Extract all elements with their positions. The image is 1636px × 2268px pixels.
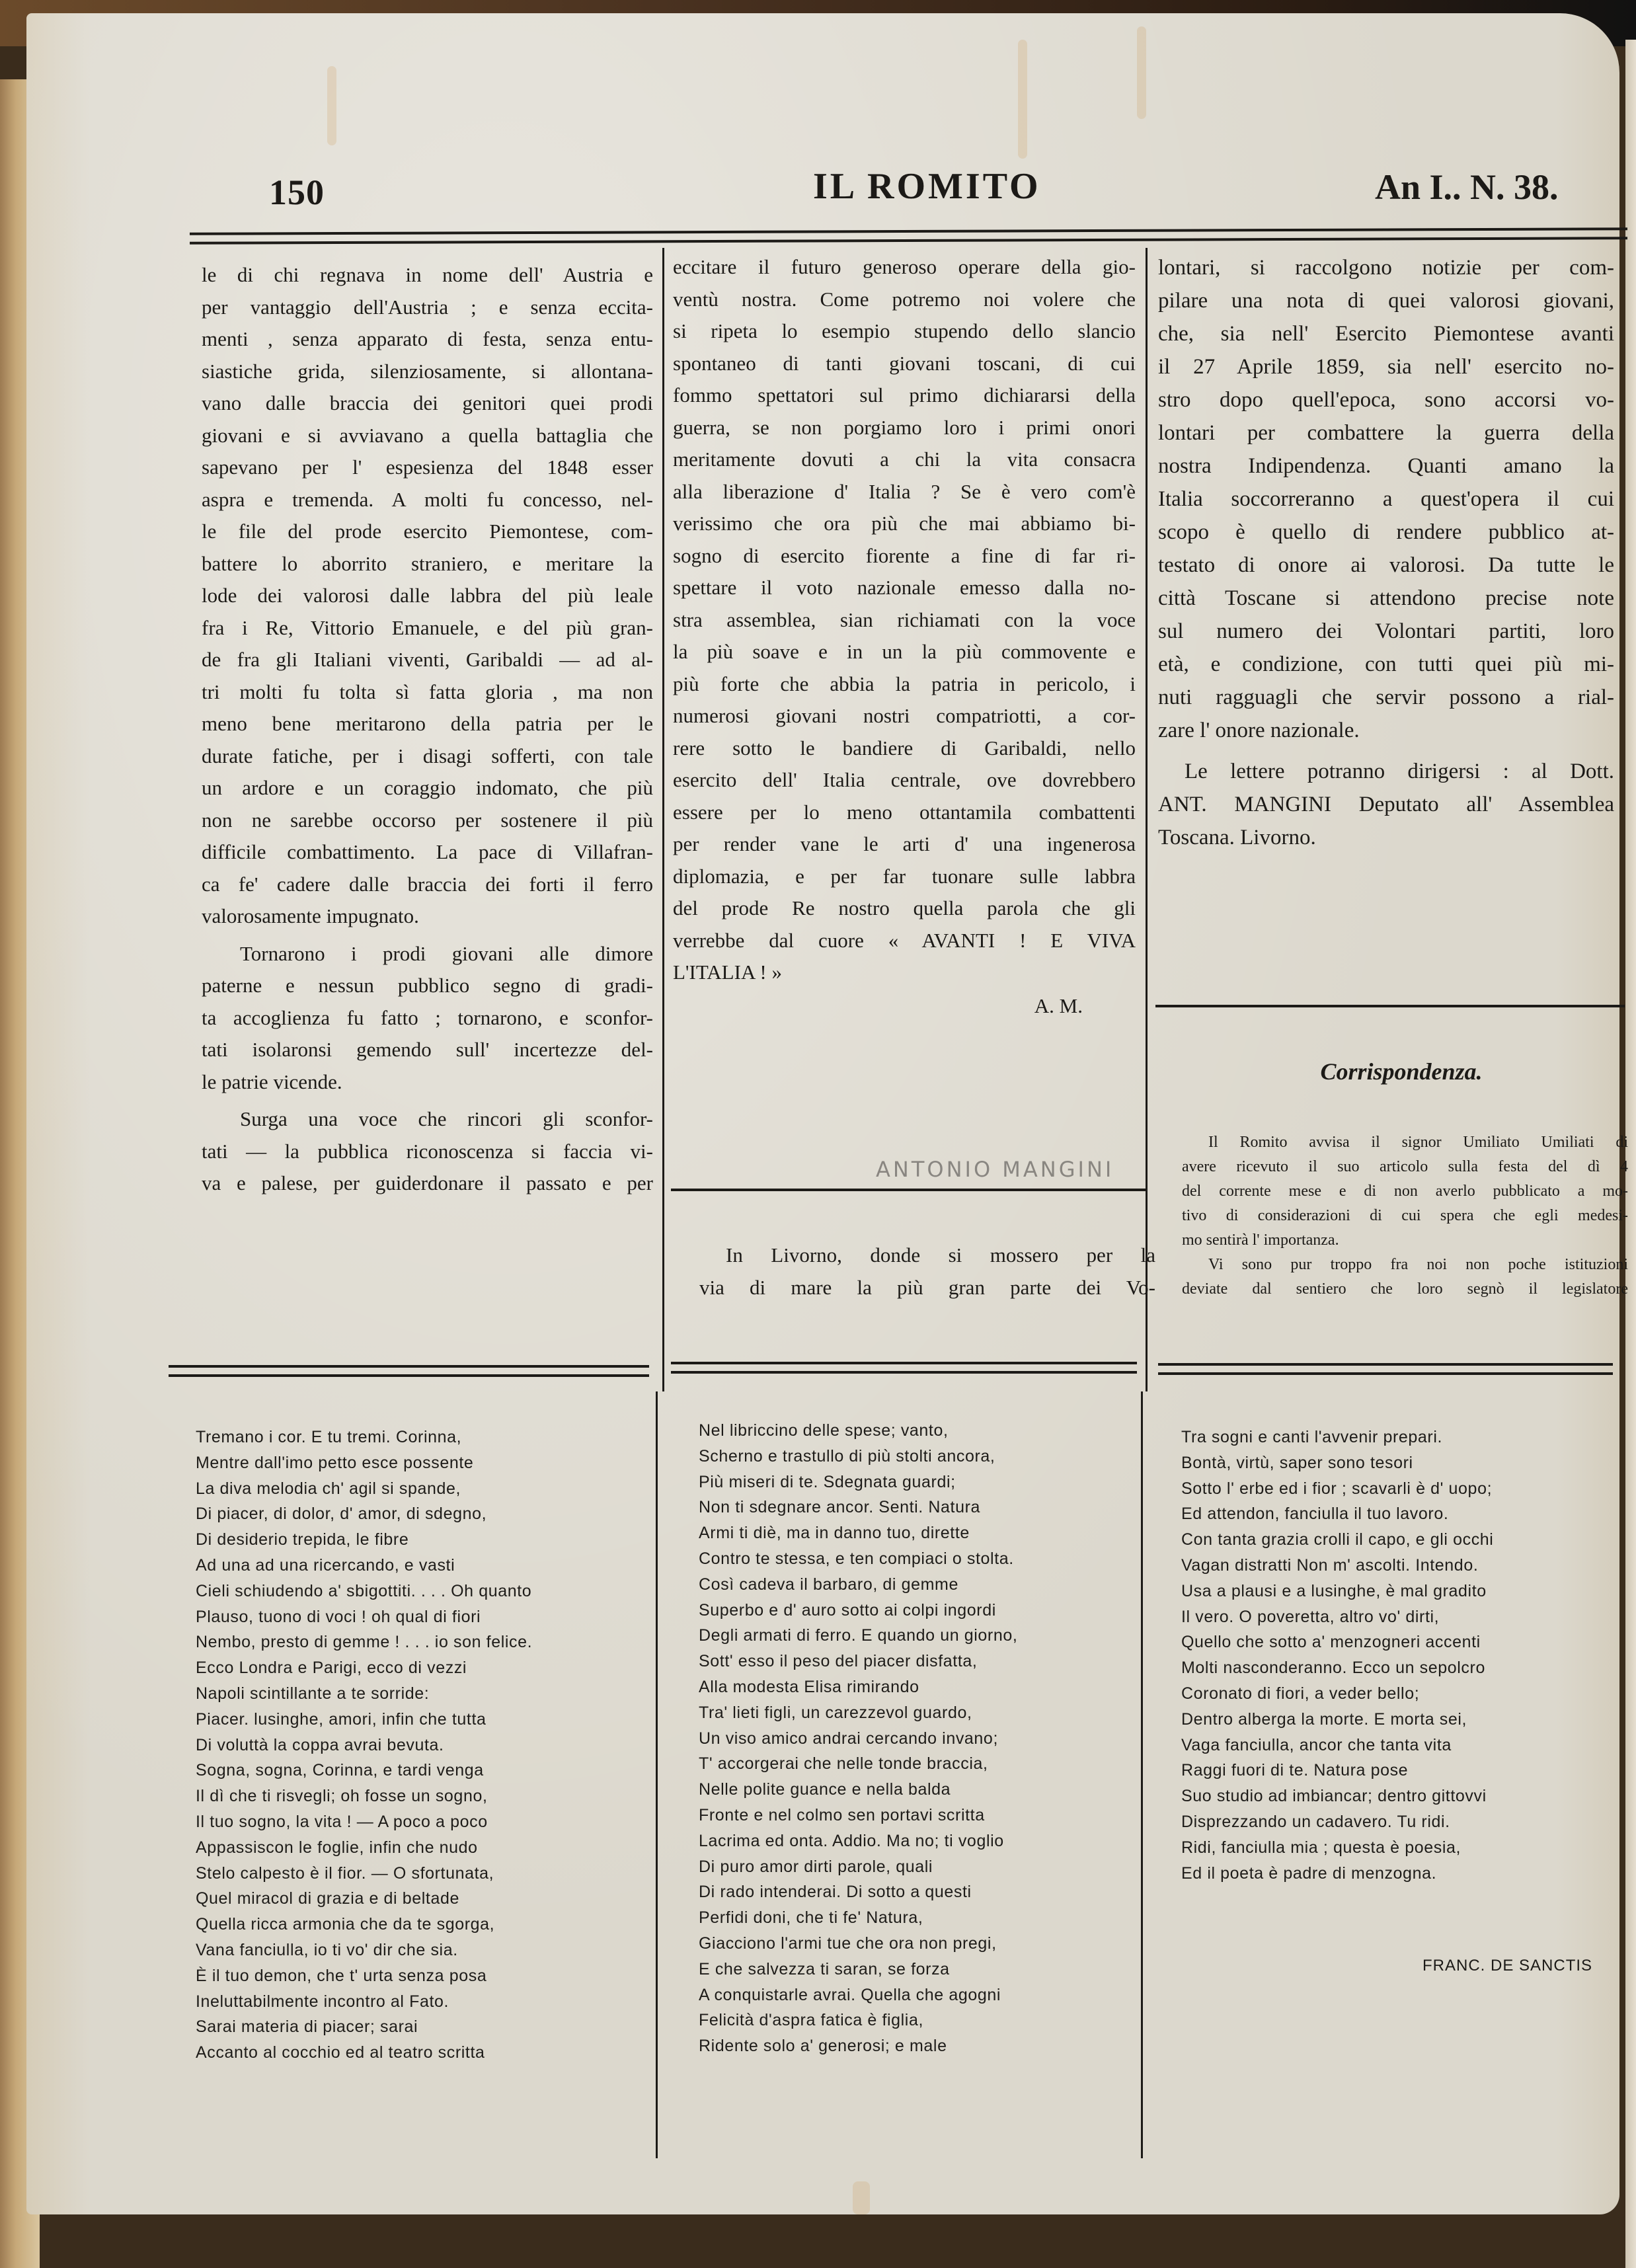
poem-line: Nembo, presto di gemme ! . . . io son fe… xyxy=(196,1629,645,1655)
poem-line: Il tuo sogno, la vita ! — A poco a poco xyxy=(196,1809,645,1835)
poem-line: Nelle polite guance e nella balda xyxy=(699,1777,1135,1803)
article-paragraph: Le lettere potranno dirigersi : al Dott.… xyxy=(1158,755,1614,854)
poem-line: Dentro alberga la morte. E morta sei, xyxy=(1181,1707,1617,1733)
poem-line: Quel miracol di grazia e di beltade xyxy=(196,1886,645,1912)
poem-line: Tremano i cor. E tu tremi. Corinna, xyxy=(196,1425,645,1450)
corrispondenza-body: Il Romito avvisa il signor Umiliato Umil… xyxy=(1182,1130,1628,1302)
article-paragraph: Tornarono i prodi giovani alle dimore pa… xyxy=(202,938,653,1099)
poem-column-1: Tremano i cor. E tu tremi. Corinna, Ment… xyxy=(196,1425,645,2066)
poem-line: Disprezzando un cadavero. Tu ridi. xyxy=(1181,1809,1617,1835)
poem-line: Vaga fanciulla, ancor che tanta vita xyxy=(1181,1733,1617,1758)
newspaper-page: 150 IL ROMITO An I.. N. 38. le di chi re… xyxy=(26,13,1619,2214)
poem-line: Sogna, sogna, Corinna, e tardi venga xyxy=(196,1758,645,1783)
poem-line: Felicità d'aspra fatica è figlia, xyxy=(699,2008,1135,2033)
article-paragraph: le di chi regnava in nome dell' Austria … xyxy=(202,259,653,933)
poem-column-2: Nel libriccino delle spese; vanto, Scher… xyxy=(699,1418,1135,2059)
poem-line: Perfidi doni, che ti fe' Natura, xyxy=(699,1905,1135,1931)
poem-section-rule xyxy=(671,1362,1137,1374)
poem-line: Il vero. O poveretta, altro vo' dirti, xyxy=(1181,1604,1617,1630)
poem-line: Ad una ad una ricercando, e vasti xyxy=(196,1553,645,1579)
poem-section-rule xyxy=(1158,1363,1613,1375)
poem-line: E che salvezza ti saran, se forza xyxy=(699,1957,1135,1982)
poem-line: Di voluttà la coppa avrai bevuta. xyxy=(196,1733,645,1758)
poem-line: Molti nasconderanno. Ecco un sepolcro xyxy=(1181,1655,1617,1681)
poem-line: È il tuo demon, che t' urta senza posa xyxy=(196,1963,645,1989)
article-paragraph: Surga una voce che rincori gli sconfor- … xyxy=(202,1103,653,1200)
poem-line: Raggi fuori di te. Natura pose xyxy=(1181,1758,1617,1783)
newspaper-title: IL ROMITO xyxy=(813,165,1041,208)
poem-line: Tra' lieti figli, un carezzevol guardo, xyxy=(699,1700,1135,1726)
article-column-right: lontari, si raccolgono notizie per com- … xyxy=(1158,251,1614,854)
poem-line: La diva melodia ch' agil si spande, xyxy=(196,1476,645,1502)
poem-line: Contro te stessa, e ten compiaci o stolt… xyxy=(699,1546,1135,1572)
poem-line: Sott' esso il peso del piacer disfatta, xyxy=(699,1649,1135,1674)
poem-line: T' accorgerai che nelle tonde braccia, xyxy=(699,1751,1135,1777)
poem-line: Napoli scintillante a te sorride: xyxy=(196,1681,645,1707)
poem-line: Fronte e nel colmo sen portavi scritta xyxy=(699,1803,1135,1828)
poem-line: Armi ti diè, ma in danno tuo, dirette xyxy=(699,1520,1135,1546)
poem-line: Non ti sdegnare ancor. Senti. Natura xyxy=(699,1495,1135,1520)
poem-line: Più miseri di te. Sdegnata guardi; xyxy=(699,1469,1135,1495)
poem-line: Ed il poeta è padre di menzogna. xyxy=(1181,1861,1617,1887)
article-paragraph: eccitare il futuro generoso operare dell… xyxy=(673,251,1136,989)
poem-line: Degli armati di ferro. E quando un giorn… xyxy=(699,1623,1135,1649)
poem-line: A conquistarle avrai. Quella che agogni xyxy=(699,1982,1135,2008)
masthead: 150 IL ROMITO An I.. N. 38. xyxy=(26,13,1619,231)
poem-line: Quella ricca armonia che da te sgorga, xyxy=(196,1912,645,1937)
poem-line: Accanto al cocchio ed al teatro scritta xyxy=(196,2040,645,2066)
poem-line: Appassiscon le foglie, infin che nudo xyxy=(196,1835,645,1861)
poem-line: Un viso amico andrai cercando invano; xyxy=(699,1726,1135,1752)
poem-line: Tra sogni e canti l'avvenir prepari. xyxy=(1181,1425,1617,1450)
section-rule xyxy=(671,1189,1146,1191)
poem-line: Suo studio ad imbiancar; dentro gittovvi xyxy=(1181,1783,1617,1809)
poem-line: Ed attendon, fanciulla il tuo lavoro. xyxy=(1181,1501,1617,1527)
issue-number: An I.. N. 38. xyxy=(1375,167,1559,208)
poem-line: Di puro amor dirti parole, quali xyxy=(699,1854,1135,1880)
poem-line: Sarai materia di piacer; sarai xyxy=(196,2014,645,2040)
article-column-left: le di chi regnava in nome dell' Austria … xyxy=(202,259,653,1200)
poem-line: Vagan distratti Non m' ascolti. Intendo. xyxy=(1181,1553,1617,1579)
poem-section-rule xyxy=(169,1365,649,1377)
poem-line: Superbo e d' auro sotto ai colpi ingordi xyxy=(699,1598,1135,1623)
poem-line: Piacer. lusinghe, amori, infin che tutta xyxy=(196,1707,645,1733)
poem-line: Plauso, tuono di voci ! oh qual di fiori xyxy=(196,1604,645,1630)
poem-line: Nel libriccino delle spese; vanto, xyxy=(699,1418,1135,1444)
page-number: 150 xyxy=(269,172,325,213)
poem-line: Il dì che ti risvegli; oh fosse un sogno… xyxy=(196,1783,645,1809)
poem-line: Di rado intenderai. Di sotto a questi xyxy=(699,1879,1135,1905)
poem-line: Bontà, virtù, saper sono tesori xyxy=(1181,1450,1617,1476)
poem-line: Giacciono l'armi tue che ora non pregi, xyxy=(699,1931,1135,1957)
poem-line: Con tanta grazia crolli il capo, e gli o… xyxy=(1181,1527,1617,1553)
poem-line: Alla modesta Elisa rimirando xyxy=(699,1674,1135,1700)
article-paragraph: Vi sono pur troppo fra noi non poche ist… xyxy=(1182,1253,1628,1302)
article-signature: A. M. xyxy=(673,990,1136,1023)
poem-line: Sotto l' erbe ed i fior ; scavarli è d' … xyxy=(1181,1476,1617,1502)
poem-line: Di desiderio trepida, le fibre xyxy=(196,1527,645,1553)
poem-author-signature: FRANC. DE SANCTIS xyxy=(1422,1957,1592,1975)
poem-line: Ecco Londra e Parigi, ecco di vezzi xyxy=(196,1655,645,1681)
livorno-article-start: In Livorno, donde si mossero per la via … xyxy=(699,1239,1155,1304)
poem-line: Coronato di fiori, a veder bello; xyxy=(1181,1681,1617,1707)
poem-line: Stelo calpesto è il fior. — O sfortunata… xyxy=(196,1861,645,1887)
poem-line: Ineluttabilmente incontro al Fato. xyxy=(196,1989,645,2015)
poem-line: Ridi, fanciulla mia ; questa è poesia, xyxy=(1181,1835,1617,1861)
corrispondenza-heading: Corrispondenza. xyxy=(1170,1058,1633,1085)
article-paragraph: lontari, si raccolgono notizie per com- … xyxy=(1158,251,1614,747)
poem-line: Vana fanciulla, io ti vo' dir che sia. xyxy=(196,1937,645,1963)
column-divider xyxy=(1146,248,1148,1391)
poem-line: Lacrima ed onta. Addio. Ma no; ti voglio xyxy=(699,1828,1135,1854)
poem-line: Così cadeva il barbaro, di gemme xyxy=(699,1572,1135,1598)
article-paragraph: Il Romito avvisa il signor Umiliato Umil… xyxy=(1182,1130,1628,1253)
poem-column-3: Tra sogni e canti l'avvenir prepari. Bon… xyxy=(1181,1425,1617,1886)
poem-line: Ridente solo a' generosi; e male xyxy=(699,2033,1135,2059)
poem-line: Mentre dall'imo petto esce possente xyxy=(196,1450,645,1476)
paper-stain xyxy=(853,2181,870,2214)
poem-line: Cieli schiudendo a' sbigottiti. . . . Oh… xyxy=(196,1579,645,1604)
column-divider xyxy=(656,1391,658,2158)
article-column-middle: eccitare il futuro generoso operare dell… xyxy=(673,251,1136,1022)
poem-line: Scherno e trastullo di più stolti ancora… xyxy=(699,1444,1135,1469)
section-rule xyxy=(1155,1005,1625,1007)
poem-line: Usa a plausi e a lusinghe, è mal gradito xyxy=(1181,1579,1617,1604)
column-divider xyxy=(662,248,664,1391)
column-divider xyxy=(1141,1391,1143,2158)
poem-line: Quello che sotto a' menzogneri accenti xyxy=(1181,1629,1617,1655)
pencil-annotation: ANTONIO MANGINI xyxy=(876,1157,1114,1182)
poem-line: Di piacer, di dolor, d' amor, di sdegno, xyxy=(196,1501,645,1527)
